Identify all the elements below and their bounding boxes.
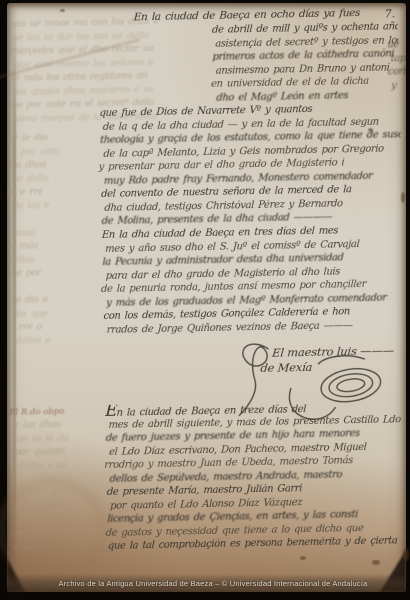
paragraph-2-block: En la dha ciudad de Baeça en tres días d…: [102, 223, 405, 337]
paragraph-1-full-block: que fue de Dios de Navarrete Vº y quanto…: [99, 101, 402, 228]
bleedthrough-line: los de más: [15, 498, 107, 513]
bleedthrough-line: por quanto: [14, 444, 106, 459]
bleedthrough-line: se le dio: [15, 525, 107, 540]
bleedthrough-line: se dio e: [11, 292, 103, 307]
margin-note: El R.do obpo: [9, 406, 99, 418]
bleedthrough-line: ue por: [10, 265, 102, 280]
folio-page-number: 7.: [385, 7, 396, 20]
manuscript-line: uē: [387, 38, 406, 52]
manuscript-line: tapº: [390, 52, 406, 66]
paragraph-1-indented-block: de abrill de mill y quiºs y ochenta años…: [212, 20, 400, 105]
bleedthrough-line: e rre o: [9, 319, 103, 334]
paragraph-3-block: En la ciudad de Baeça en treze días delm…: [105, 399, 409, 553]
scanned-manuscript-page: nas ue renos ma con los dhos ese les ze …: [0, 0, 410, 600]
bleedthrough-line: se le dio: [8, 130, 100, 145]
bleedthrough-line: los dhos: [8, 157, 100, 172]
bleedthrough-line: [12, 471, 106, 486]
bleedthrough-line: e dellos: [14, 538, 108, 553]
bleedthrough-line: e más: [10, 238, 102, 253]
archive-caption: Archivo de la Antigua Universidad de Bae…: [0, 579, 410, 588]
manuscript-line: y: [391, 79, 407, 93]
bleedthrough-line: m e rre: [7, 184, 101, 199]
bleedthrough-line: [9, 211, 101, 226]
manuscript-line: corī: [387, 65, 406, 79]
manuscript-text-layer: nas ue renos ma con los dhos ese les ze …: [0, 0, 410, 600]
bleedthrough-line: dellos e: [15, 332, 104, 347]
bleedthrough-block-low: e los dhosue se le dapor quantodellos e …: [13, 417, 108, 554]
bleedthrough-block-mid: se le dioe por antelos dhosue dellom e r…: [8, 130, 104, 348]
right-edge-fragments: uētapºcorīy: [387, 38, 406, 92]
bleedthrough-line: e los dhos: [13, 417, 105, 432]
